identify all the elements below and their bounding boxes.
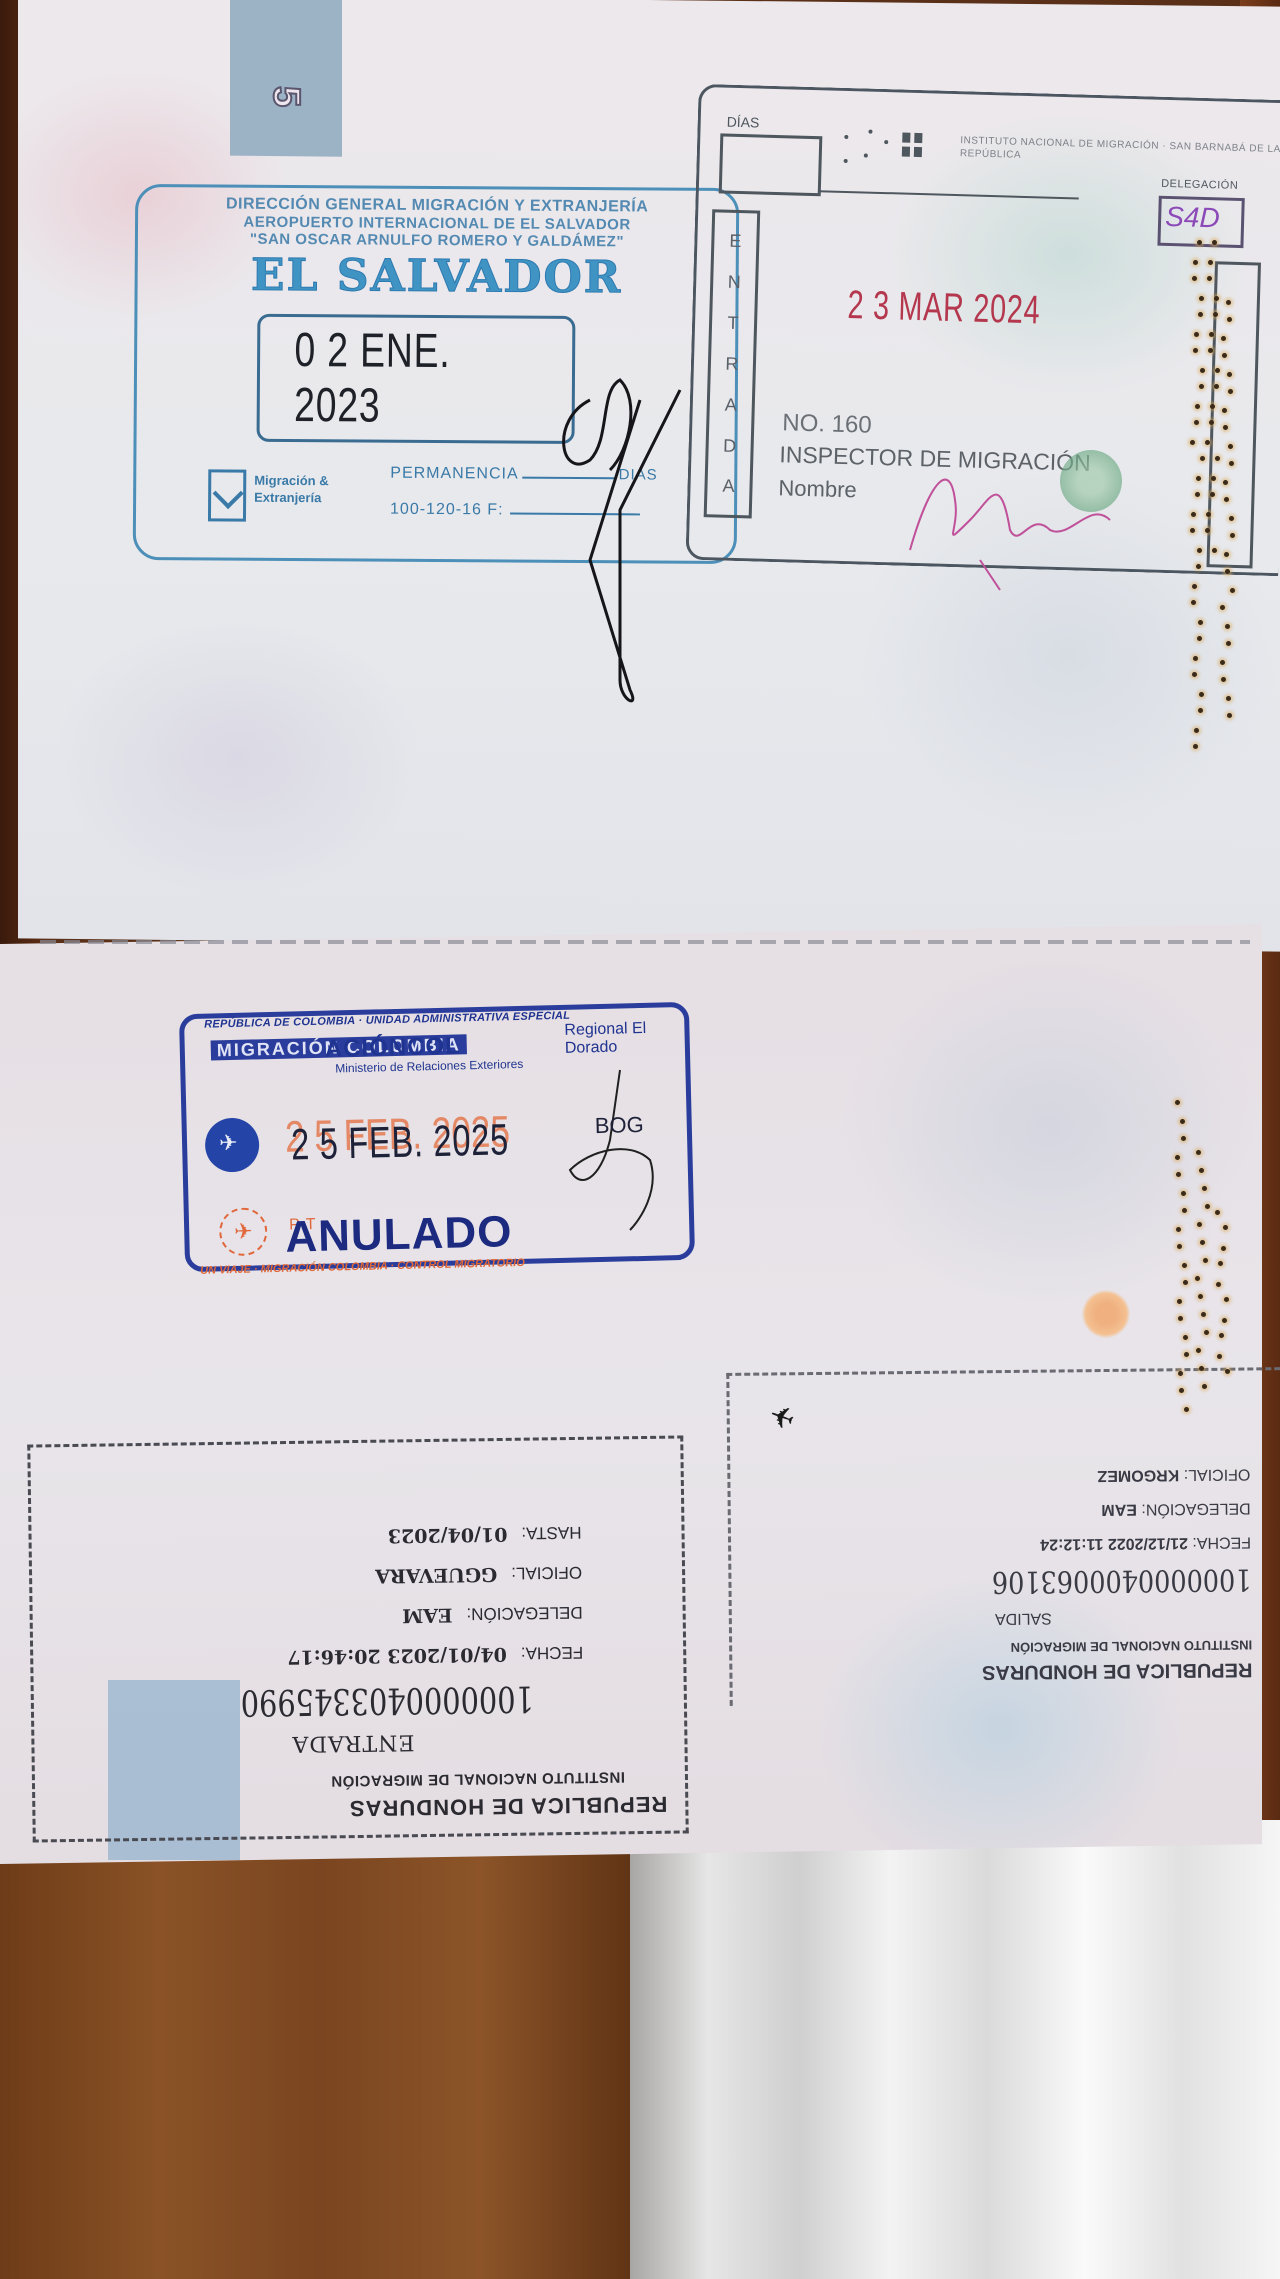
perforation-dot <box>1195 492 1200 497</box>
perforation-dot <box>1199 1366 1204 1371</box>
perforation-dot <box>1190 440 1195 445</box>
perforation-dot <box>1205 1204 1210 1209</box>
perforation-dot <box>1193 260 1198 265</box>
perforation-dot <box>1208 260 1213 265</box>
perforation-dot <box>1212 548 1217 553</box>
perforation-dot <box>1224 552 1229 557</box>
perforation-dot <box>1175 1100 1180 1105</box>
perforation-dot <box>1198 1294 1203 1299</box>
airport-code: BOG <box>594 1112 644 1139</box>
colombia-stamp: REPÚBLICA DE COLOMBIA · UNIDAD ADMINISTR… <box>179 1002 695 1272</box>
perforation-dot <box>1229 516 1234 521</box>
perforation-dot <box>1210 492 1215 497</box>
perforation-dot <box>1228 389 1233 394</box>
perforation-dot <box>1215 368 1220 373</box>
perforation-dot <box>1196 1348 1201 1353</box>
entry-number: 1000000403345990 <box>240 1678 534 1723</box>
perforation-dot <box>1228 444 1233 449</box>
fecha-row: FECHA: 21/12/2022 11:12:24 <box>1040 1532 1251 1552</box>
exit-type: SALIDA <box>995 1609 1052 1628</box>
perforation-dot <box>1200 368 1205 373</box>
stamp-country: EL SALVADOR <box>138 249 736 304</box>
page-fold <box>40 940 1250 944</box>
perforation-dot <box>1226 696 1231 701</box>
perforation-dot <box>1220 660 1225 665</box>
perforation-dot <box>1178 1316 1183 1321</box>
perforation-dot <box>1197 1222 1202 1227</box>
perforation-dot <box>1203 1258 1208 1263</box>
perforation-dot <box>1194 728 1199 733</box>
perforation-dot <box>1224 1297 1229 1302</box>
wooden-surface <box>0 1850 640 2279</box>
stamp-date-box: 0 2 ENE. 2023 <box>257 314 576 444</box>
perforation-dot <box>1214 296 1219 301</box>
honduras-entry-stamp-bottom: REPUBLICA DE HONDURAS INSTITUTO NACIONAL… <box>27 1435 688 1842</box>
perforation-dot <box>1181 1191 1186 1196</box>
flower-motif-icon <box>1082 1290 1130 1338</box>
perforation-dot <box>1176 1227 1181 1232</box>
perforation-dot <box>1205 440 1210 445</box>
perforation-dot <box>1221 677 1226 682</box>
perforation-dot <box>1182 1208 1187 1213</box>
perforation-dot <box>1217 1354 1222 1359</box>
perforation-dot <box>1198 312 1203 317</box>
dias-label: DÍAS <box>726 114 759 131</box>
perforation-dot <box>1227 372 1232 377</box>
delegacion-row: DELEGACIÓN: EAM <box>1101 1498 1251 1518</box>
perforation-dot <box>1184 1352 1189 1357</box>
perforation-dot <box>1180 1119 1185 1124</box>
perforation-dot <box>1178 1371 1183 1376</box>
el-salvador-stamp: DIRECCIÓN GENERAL MIGRACIÓN Y EXTRANJERÍ… <box>133 184 740 564</box>
dias-box <box>719 133 823 196</box>
perforation-dot <box>1182 1263 1187 1268</box>
white-curtain <box>630 1820 1280 2279</box>
perforation-dot <box>1213 312 1218 317</box>
stamp-code: 100-120-16 F: <box>390 501 640 521</box>
perforation-dot <box>1222 1318 1227 1323</box>
delegacion-row: DELEGACIÓN:EAM <box>402 1602 583 1627</box>
perforation-dot <box>1196 476 1201 481</box>
perforation-dot <box>1191 600 1196 605</box>
perforation-dot <box>1183 1280 1188 1285</box>
page-number-tab: 5 <box>230 0 342 157</box>
green-seal-icon <box>1060 450 1122 512</box>
perforation-dot <box>1184 1407 1189 1412</box>
republic-label: REPUBLICA DE HONDURAS <box>982 1657 1253 1683</box>
perforation-dot <box>1222 353 1227 358</box>
entry-type: ENTRADA <box>291 1729 414 1756</box>
fecha-row: FECHA:04/01/2023 20:46:17 <box>287 1642 583 1668</box>
perforation-dot <box>1212 240 1217 245</box>
perforation-dot <box>1192 584 1197 589</box>
perforation-dot <box>1200 1240 1205 1245</box>
perforation-dot <box>1225 624 1230 629</box>
nombre-label: Nombre <box>778 475 857 503</box>
perforation-dot <box>1230 588 1235 593</box>
perforation-dot <box>1226 300 1231 305</box>
perforation-dot <box>1199 296 1204 301</box>
perforation-dot <box>1209 420 1214 425</box>
perforation-dot <box>1190 528 1195 533</box>
institute-text: INSTITUTO NACIONAL DE MIGRACIÓN · SAN BA… <box>960 134 1280 169</box>
perforation-dot <box>1223 480 1228 485</box>
permanencia-field: PERMANENCIADIAS <box>390 465 657 485</box>
delegacion-value: S4D <box>1165 201 1220 235</box>
perforation-dot <box>1201 1312 1206 1317</box>
logo-text: Migración & Extranjería <box>254 472 329 507</box>
perforation-dot <box>1214 384 1219 389</box>
perforation-dot <box>1200 456 1205 461</box>
perforation-dot <box>1215 456 1220 461</box>
globe-plane-icon <box>204 1117 259 1172</box>
perforation-dot <box>1227 713 1232 718</box>
perforation-dot <box>1197 636 1202 641</box>
perforation-dot <box>1225 1369 1230 1374</box>
perforation-dot <box>1181 1136 1186 1141</box>
side-box <box>1206 261 1261 568</box>
institute-label: INSTITUTO NACIONAL DE MIGRACIÓN <box>1011 1637 1253 1655</box>
perforation-dot <box>1197 240 1202 245</box>
perforation-dot <box>1196 1150 1201 1155</box>
entrada-vertical-label: E N T R A D A <box>704 209 761 518</box>
perforation-dot <box>1202 1384 1207 1389</box>
divider <box>819 190 1079 199</box>
perforation-dot <box>1193 744 1198 749</box>
hasta-row: HASTA:01/04/2023 <box>388 1522 582 1547</box>
migracion-logo-icon <box>208 469 246 521</box>
perforation-dot <box>1177 1244 1182 1249</box>
perforation-dot <box>1183 1335 1188 1340</box>
perforation-dot <box>1223 425 1228 430</box>
perforation-dot <box>1210 404 1215 409</box>
perforation-dot <box>1194 332 1199 337</box>
perforation-dot <box>1199 384 1204 389</box>
honduras-emblem-icon <box>835 121 947 184</box>
perforation-dot <box>1177 1299 1182 1304</box>
perforation-dot <box>1176 1172 1181 1177</box>
perforation-dot <box>1222 408 1227 413</box>
republic-label: REPUBLICA DE HONDURAS <box>349 1791 668 1821</box>
airplane-icon: ✈ <box>219 1207 268 1256</box>
exit-number: 1000000400063106 <box>992 1561 1252 1599</box>
perforation-dot <box>1193 348 1198 353</box>
honduras-entry-stamp-top: DÍAS INSTITUTO NACIONAL DE MIGRACIÓN · S… <box>685 84 1280 576</box>
perforation-dot <box>1194 420 1199 425</box>
stamp-number: NO. 160 <box>782 409 872 439</box>
perforation-dot <box>1205 528 1210 533</box>
oficial-row: OFICIAL: KRGOMEZ <box>1097 1464 1250 1484</box>
perforation-dot <box>1227 317 1232 322</box>
perforation-dot <box>1196 564 1201 569</box>
stamp-airport-name: "SAN OSCAR ARNULFO ROMERO Y GALDÁMEZ" <box>138 230 736 251</box>
perforation-dot <box>1221 1246 1226 1251</box>
stamp-date: 2 5 FEB. 2025 <box>291 1115 510 1170</box>
perforation-dot <box>1226 641 1231 646</box>
perforation-dot <box>1220 605 1225 610</box>
page-number: 5 <box>264 86 307 108</box>
perforation-dot <box>1208 348 1213 353</box>
perforation-dot <box>1199 1168 1204 1173</box>
perforation-dot <box>1198 708 1203 713</box>
perforation-dot <box>1224 497 1229 502</box>
perforation-dot <box>1221 336 1226 341</box>
perforation-dot <box>1223 1225 1228 1230</box>
perforation-dot <box>1191 512 1196 517</box>
stamp-date: 0 2 ENE. 2023 <box>294 323 538 435</box>
perforation-dot <box>1204 1330 1209 1335</box>
perforation-dot <box>1192 276 1197 281</box>
perforation-dot <box>1229 461 1234 466</box>
perforation-dot <box>1219 1333 1224 1338</box>
perforation-dot <box>1207 276 1212 281</box>
stamp-border-text: REPÚBLICA DE COLOMBIA · UNIDAD ADMINISTR… <box>204 1010 570 1031</box>
regional-label: Regional El Dorado <box>564 1019 685 1058</box>
perforation-dot <box>1198 620 1203 625</box>
inspector-label: INSPECTOR DE MIGRACIÓN <box>779 441 1091 477</box>
void-label: ANULADO <box>285 1207 513 1263</box>
perforation-dot <box>1216 1282 1221 1287</box>
perforation-dot <box>1218 1261 1223 1266</box>
perforation-dot <box>1193 656 1198 661</box>
oficial-row: OFICIAL:GGUEVARA <box>375 1562 582 1587</box>
perforation-dot <box>1195 404 1200 409</box>
perforation-dot <box>1179 1388 1184 1393</box>
institute-label: INSTITUTO NACIONAL DE MIGRACIÓN <box>331 1768 625 1789</box>
perforation-dot <box>1209 332 1214 337</box>
stamp-date: 2 3 MAR 2024 <box>847 283 1041 333</box>
perforation-dot <box>1192 672 1197 677</box>
perforation-dot <box>1175 1155 1180 1160</box>
perforation-dot <box>1225 569 1230 574</box>
perforation-dot <box>1206 512 1211 517</box>
perforation-dot <box>1199 692 1204 697</box>
perforation-dot <box>1215 1210 1220 1215</box>
perforation-dot <box>1195 1276 1200 1281</box>
delegacion-label: DELEGACIÓN <box>1161 178 1238 192</box>
honduras-exit-stamp-bottom: REPUBLICA DE HONDURAS INSTITUTO NACIONAL… <box>726 1367 1280 1706</box>
perforation-dot <box>1211 476 1216 481</box>
perforation-dot <box>1197 548 1202 553</box>
perforation-dot <box>1202 1186 1207 1191</box>
perforation-dot <box>1230 533 1235 538</box>
